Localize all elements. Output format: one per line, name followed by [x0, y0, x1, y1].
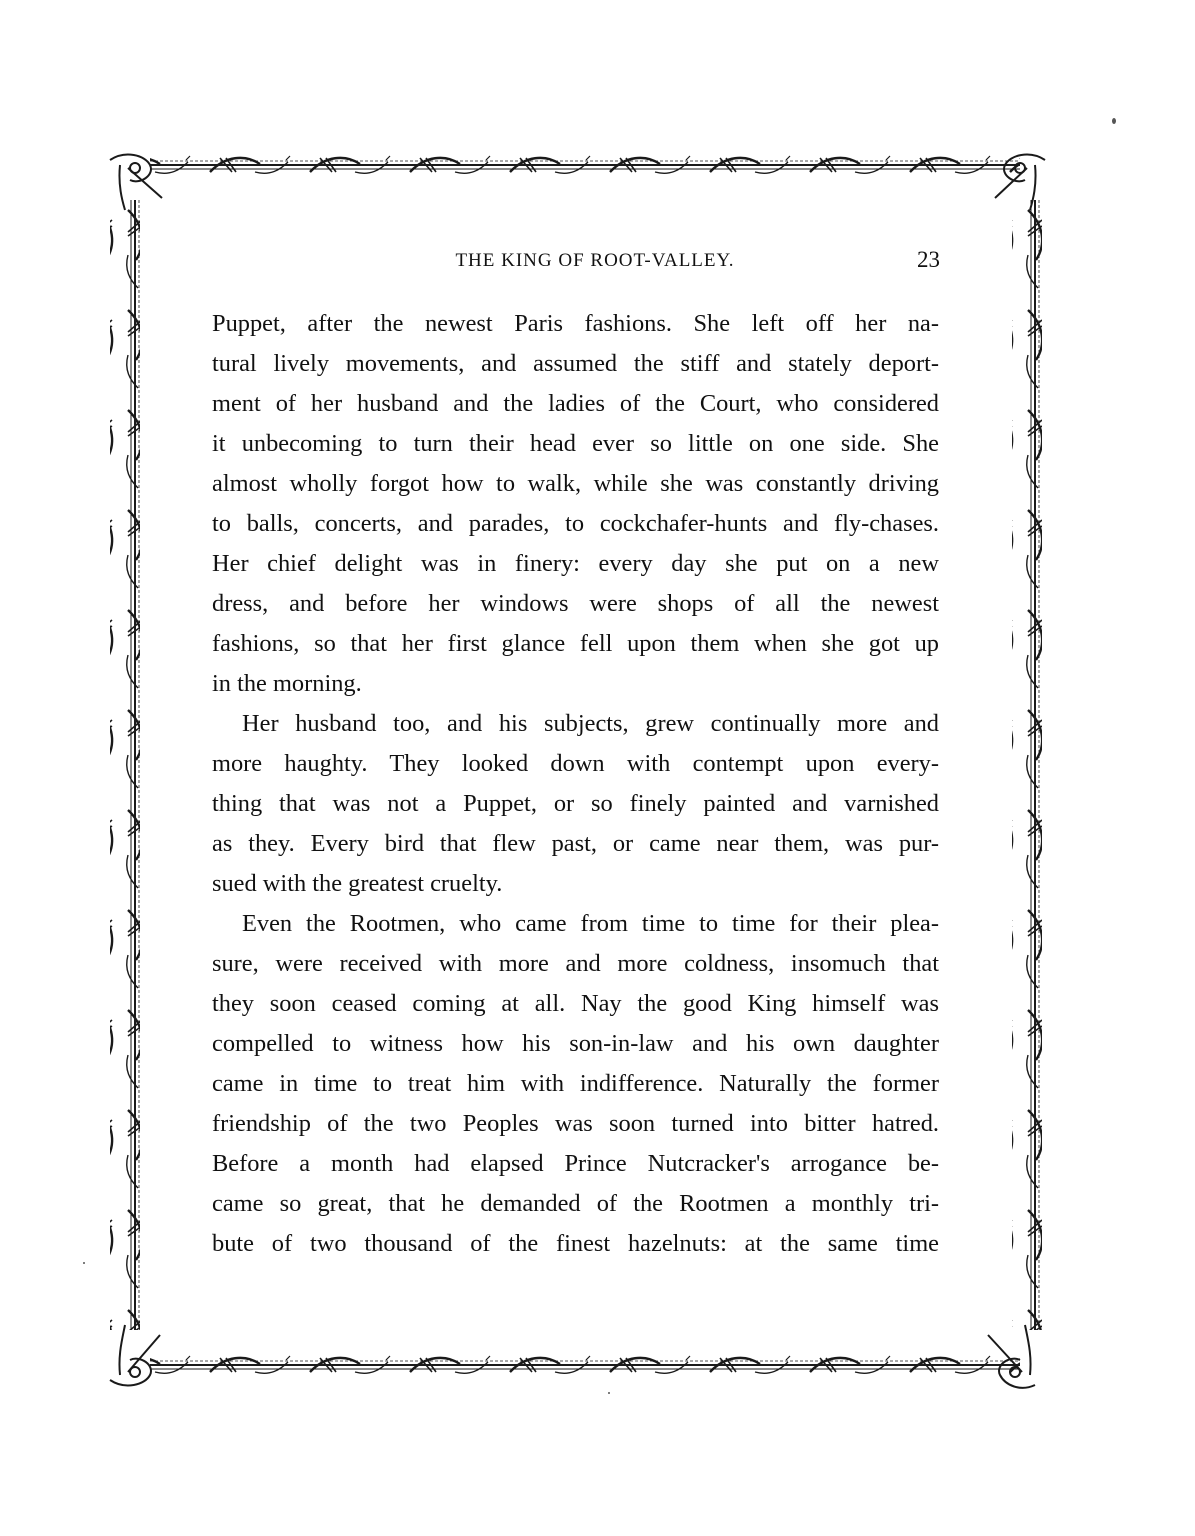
text-line: dress, and before her windows were shops… [212, 584, 939, 624]
scan-speck [1112, 118, 1116, 124]
text-line: sued with the greatest cruelty. [212, 864, 939, 904]
running-title: THE KING OF ROOT-VALLEY. [210, 250, 940, 272]
text-line: ment of her husband and the ladies of th… [212, 384, 939, 424]
text-line: as they. Every bird that flew past, or c… [212, 824, 939, 864]
text-line: more haughty. They looked down with cont… [212, 744, 939, 784]
text-line: fashions, so that her first glance fell … [212, 624, 939, 664]
text-line: Puppet, after the newest Paris fashions.… [212, 304, 939, 344]
text-line: came so great, that he demanded of the R… [212, 1184, 939, 1224]
text-line: bute of two thousand of the finest hazel… [212, 1224, 939, 1264]
paragraph-3: Even the Rootmen, who came from time to … [212, 904, 939, 1264]
text-line: to balls, concerts, and parades, to cock… [212, 504, 939, 544]
running-head: THE KING OF ROOT-VALLEY. 23 [210, 250, 940, 280]
text-line: they soon ceased coming at all. Nay the … [212, 984, 939, 1024]
text-line: in the morning. [212, 664, 939, 704]
scan-speck [608, 1392, 610, 1394]
text-line: friendship of the two Peoples was soon t… [212, 1104, 939, 1144]
text-line: sure, were received with more and more c… [212, 944, 939, 984]
paragraph-2: Her husband too, and his subjects, grew … [212, 704, 939, 904]
text-line: compelled to witness how his son-in-law … [212, 1024, 939, 1064]
text-line: almost wholly forgot how to walk, while … [212, 464, 939, 504]
text-line: Her husband too, and his subjects, grew … [212, 704, 939, 744]
scan-speck [83, 1262, 85, 1264]
text-line: thing that was not a Puppet, or so finel… [212, 784, 939, 824]
book-page: THE KING OF ROOT-VALLEY. 23 Puppet, afte… [0, 0, 1195, 1536]
body-text: Puppet, after the newest Paris fashions.… [212, 304, 939, 1264]
page-number: 23 [917, 247, 940, 273]
text-line: Her chief delight was in finery: every d… [212, 544, 939, 584]
text-line: came in time to treat him with indiffere… [212, 1064, 939, 1104]
paragraph-1: Puppet, after the newest Paris fashions.… [212, 304, 939, 704]
text-line: Before a month had elapsed Prince Nutcra… [212, 1144, 939, 1184]
text-line: it unbecoming to turn their head ever so… [212, 424, 939, 464]
text-line: Even the Rootmen, who came from time to … [212, 904, 939, 944]
text-line: tural lively movements, and assumed the … [212, 344, 939, 384]
